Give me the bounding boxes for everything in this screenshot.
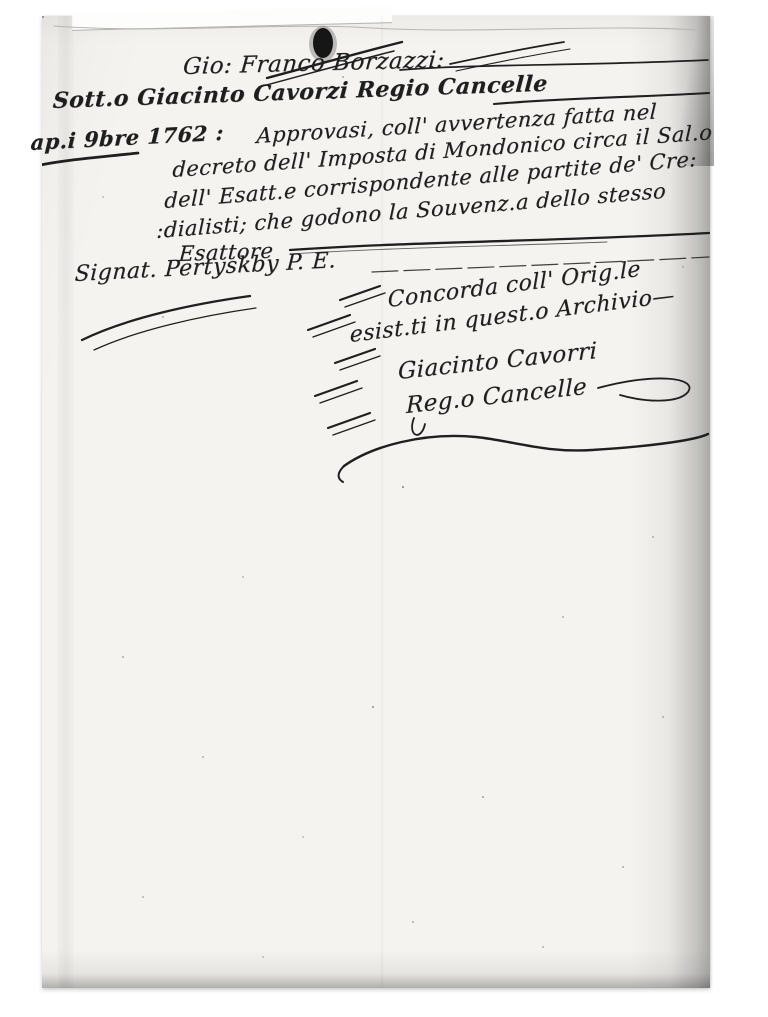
manuscript-page: Gio: Franco Borzazzi: Sott.o Giacinto Ca… (42, 16, 710, 988)
scanned-document: Gio: Franco Borzazzi: Sott.o Giacinto Ca… (0, 0, 768, 1017)
